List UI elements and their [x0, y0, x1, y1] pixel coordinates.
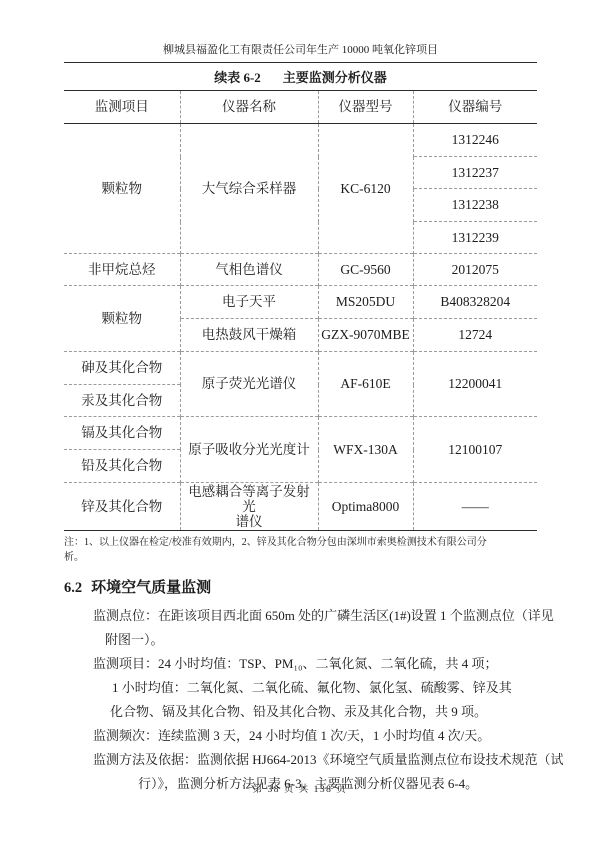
body-line: 监测点位：在距该项目西北面 650m 处的广磷生活区(1#)设置 1 个监测点位…: [64, 604, 537, 628]
cell-name: 气相色谱仪: [180, 254, 318, 286]
body-paragraphs: 监测点位：在距该项目西北面 650m 处的广磷生活区(1#)设置 1 个监测点位…: [64, 604, 537, 796]
cell-name-line2: 谱仪: [183, 514, 316, 529]
table-row: 颗粒物 大气综合采样器 KC-6120 1312246: [64, 124, 537, 157]
cell-serial: 1312238: [413, 189, 537, 222]
instrument-table: 监测项目 仪器名称 仪器型号 仪器编号 颗粒物 大气综合采样器 KC-6120 …: [64, 90, 537, 531]
cell-model: MS205DU: [318, 286, 413, 319]
cell-model: Optima8000: [318, 483, 413, 531]
cell-item: 汞及其化合物: [64, 385, 180, 417]
footnote-line: 析。: [64, 550, 537, 565]
cell-serial: 12200041: [413, 352, 537, 417]
section-heading: 6.2 环境空气质量监测: [64, 576, 537, 597]
page-content: 柳城县福盈化工有限责任公司年生产 10000 吨氧化锌项目 续表 6-2 主要监…: [64, 0, 537, 796]
cell-item: 铅及其化合物: [64, 450, 180, 483]
cell-name: 大气综合采样器: [180, 124, 318, 254]
table-row: 颗粒物 电子天平 MS205DU B408328204: [64, 286, 537, 319]
cell-serial: 2012075: [413, 254, 537, 286]
footnote-line: 注：1、以上仪器在检定/校准有效期内，2、锌及其化合物分包由深圳市索奥检测技术有…: [64, 535, 537, 550]
table-caption-label: 续表 6-2: [214, 67, 261, 86]
body-line: 监测项目：24 小时均值：TSP、PM₁₀、二氧化氮、二氧化硫，共 4 项；: [64, 652, 537, 676]
section-number: 6.2: [64, 580, 82, 597]
cell-serial: 1312237: [413, 157, 537, 189]
cell-item: 非甲烷总烃: [64, 254, 180, 286]
table-header-row: 监测项目 仪器名称 仪器型号 仪器编号: [64, 91, 537, 124]
col-header-serial: 仪器编号: [413, 91, 537, 124]
document-header-title: 柳城县福盈化工有限责任公司年生产 10000 吨氧化锌项目: [64, 0, 537, 57]
cell-serial: 1312239: [413, 222, 537, 254]
cell-model: GZX-9070MBE: [318, 319, 413, 352]
cell-model: GC-9560: [318, 254, 413, 286]
document-page: 柳城县福盈化工有限责任公司年生产 10000 吨氧化锌项目 续表 6-2 主要监…: [0, 0, 600, 848]
cell-name: 电热鼓风干燥箱: [180, 319, 318, 352]
page-number-footer: 第 38 页 共 138 页: [0, 781, 600, 795]
cell-model: AF-610E: [318, 352, 413, 417]
section-title: 环境空气质量监测: [91, 576, 211, 597]
table-caption-title: 主要监测分析仪器: [283, 67, 387, 86]
cell-serial: ——: [413, 483, 537, 531]
col-header-name: 仪器名称: [180, 91, 318, 124]
cell-name: 原子荧光光谱仪: [180, 352, 318, 417]
cell-serial: 12724: [413, 319, 537, 352]
table-caption: 续表 6-2 主要监测分析仪器: [64, 63, 537, 90]
cell-item: 锌及其化合物: [64, 483, 180, 531]
cell-name-line1: 电感耦合等离子发射光: [183, 484, 316, 514]
body-line: 附图一）。: [64, 628, 537, 652]
table-row: 非甲烷总烃 气相色谱仪 GC-9560 2012075: [64, 254, 537, 286]
cell-name: 电子天平: [180, 286, 318, 319]
cell-item: 砷及其化合物: [64, 352, 180, 385]
col-header-model: 仪器型号: [318, 91, 413, 124]
table-row: 砷及其化合物 原子荧光光谱仪 AF-610E 12200041: [64, 352, 537, 385]
cell-serial: B408328204: [413, 286, 537, 319]
cell-name: 电感耦合等离子发射光 谱仪: [180, 483, 318, 531]
table-row: 锌及其化合物 电感耦合等离子发射光 谱仪 Optima8000 ——: [64, 483, 537, 531]
col-header-item: 监测项目: [64, 91, 180, 124]
body-line: 化合物、镉及其化合物、铅及其化合物、汞及其化合物，共 9 项。: [64, 700, 537, 724]
cell-serial: 1312246: [413, 124, 537, 157]
cell-item: 颗粒物: [64, 286, 180, 352]
cell-model: WFX-130A: [318, 417, 413, 483]
cell-model: KC-6120: [318, 124, 413, 254]
cell-serial: 12100107: [413, 417, 537, 483]
body-line: 1 小时均值：二氧化氮、二氧化硫、氟化物、氯化氢、硫酸雾、锌及其: [64, 676, 537, 700]
table-footnote: 注：1、以上仪器在检定/校准有效期内，2、锌及其化合物分包由深圳市索奥检测技术有…: [64, 535, 537, 565]
cell-name: 原子吸收分光光度计: [180, 417, 318, 483]
cell-item: 镉及其化合物: [64, 417, 180, 450]
body-line: 监测频次：连续监测 3 天，24 小时均值 1 次/天，1 小时均值 4 次/天…: [64, 724, 537, 748]
cell-item: 颗粒物: [64, 124, 180, 254]
body-line: 监测方法及依据：监测依据 HJ664-2013《环境空气质量监测点位布设技术规范…: [64, 748, 537, 772]
table-row: 镉及其化合物 原子吸收分光光度计 WFX-130A 12100107: [64, 417, 537, 450]
